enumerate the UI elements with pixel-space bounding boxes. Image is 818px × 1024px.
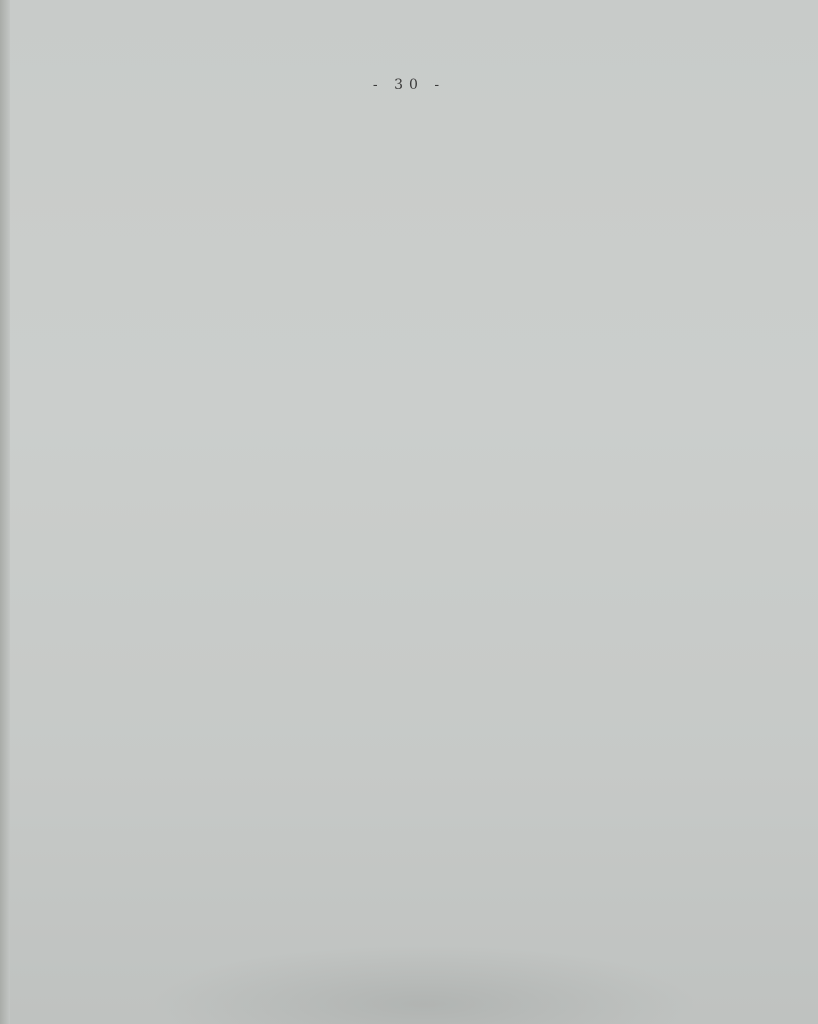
page-number: - 30 - bbox=[0, 77, 818, 93]
document-page: - 30 - bbox=[0, 0, 818, 1024]
